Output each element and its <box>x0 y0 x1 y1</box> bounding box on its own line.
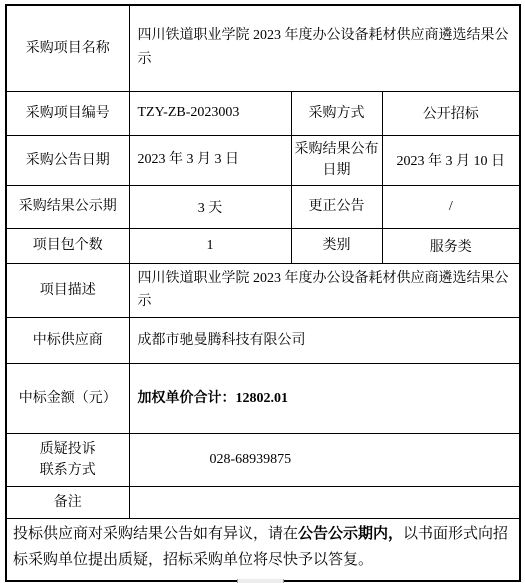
project-name-label: 采购项目名称 <box>6 5 129 91</box>
table-row: 采购项目编号 TZY-ZB-2023003 采购方式 公开招标 <box>6 91 520 135</box>
project-name-value: 四川铁道职业学院 2023 年度办公设备耗材供应商遴选结果公示 <box>129 5 520 91</box>
objection-note: 投标供应商对采购结果公告如有异议，请在公告公示期内，以书面形式向招标采购单位提出… <box>6 519 520 581</box>
package-count-label: 项目包个数 <box>6 228 129 263</box>
procurement-method-label: 采购方式 <box>291 91 382 135</box>
table-row: 中标供应商 成都市驰曼腾科技有限公司 <box>6 318 520 364</box>
table-row: 采购结果公示期 3 天 更正公告 / <box>6 185 520 228</box>
remarks-value <box>129 487 520 519</box>
table-row: 投标供应商对采购结果公告如有异议，请在公告公示期内，以书面形式向招标采购单位提出… <box>6 519 520 581</box>
complaint-contact-label: 质疑投诉 联系方式 <box>6 434 129 487</box>
publicity-period-value: 3 天 <box>129 185 291 228</box>
procurement-method-value: 公开招标 <box>382 91 520 135</box>
table-row: 采购公告日期 2023 年 3 月 3 日 采购结果公布日期 2023 年 3 … <box>6 135 520 185</box>
package-count-value: 1 <box>129 228 291 263</box>
correction-notice-label: 更正公告 <box>291 185 382 228</box>
correction-notice-value: / <box>382 185 520 228</box>
announce-date-label: 采购公告日期 <box>6 135 129 185</box>
announce-date-value: 2023 年 3 月 3 日 <box>129 135 291 185</box>
objection-note-bold-text: 公告公示期内， <box>298 526 403 542</box>
result-publish-date-label: 采购结果公布日期 <box>291 135 382 185</box>
procurement-result-document: 采购项目名称 四川铁道职业学院 2023 年度办公设备耗材供应商遴选结果公示 采… <box>5 4 521 582</box>
remarks-label: 备注 <box>6 487 129 519</box>
table-row: 质疑投诉 联系方式 028-68939875 <box>6 434 520 487</box>
project-desc-label: 项目描述 <box>6 263 129 318</box>
complaint-contact-value: 028-68939875 <box>129 434 520 487</box>
project-number-label: 采购项目编号 <box>6 91 129 135</box>
table-row: 采购项目名称 四川铁道职业学院 2023 年度办公设备耗材供应商遴选结果公示 <box>6 5 520 91</box>
category-label: 类别 <box>291 228 382 263</box>
table-row: 备注 <box>6 487 520 519</box>
table-row: 项目描述 四川铁道职业学院 2023 年度办公设备耗材供应商遴选结果公示 <box>6 263 520 318</box>
project-number-value: TZY-ZB-2023003 <box>129 91 291 135</box>
table-row: 项目包个数 1 类别 服务类 <box>6 228 520 263</box>
next-row-fragment <box>237 579 284 583</box>
winning-amount-label: 中标金额（元） <box>6 364 129 434</box>
objection-note-text: 投标供应商对采购结果公告如有异议，请在 <box>13 526 298 542</box>
procurement-result-table: 采购项目名称 四川铁道职业学院 2023 年度办公设备耗材供应商遴选结果公示 采… <box>5 4 521 582</box>
result-publish-date-value: 2023 年 3 月 10 日 <box>382 135 520 185</box>
publicity-period-label: 采购结果公示期 <box>6 185 129 228</box>
project-desc-value: 四川铁道职业学院 2023 年度办公设备耗材供应商遴选结果公示 <box>129 263 520 318</box>
winning-supplier-value: 成都市驰曼腾科技有限公司 <box>129 318 520 364</box>
winning-supplier-label: 中标供应商 <box>6 318 129 364</box>
category-value: 服务类 <box>382 228 520 263</box>
winning-amount-value: 加权单价合计：12802.01 <box>129 364 520 434</box>
table-row: 中标金额（元） 加权单价合计：12802.01 <box>6 364 520 434</box>
